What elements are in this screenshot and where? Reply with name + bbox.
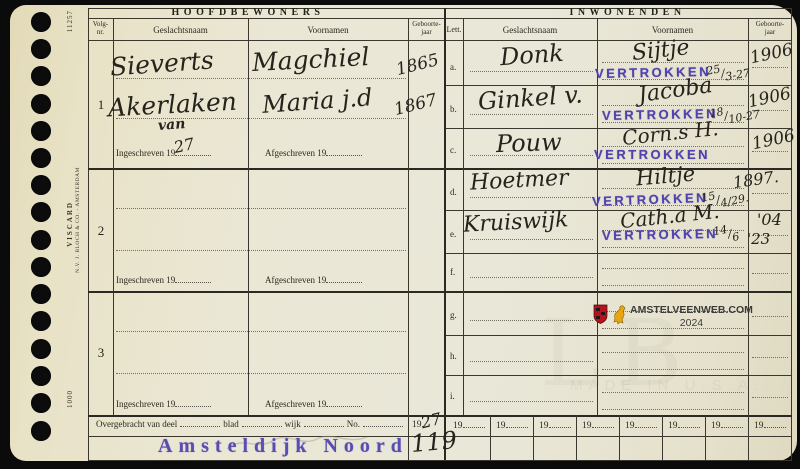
resident-birthyear: 1867 xyxy=(393,92,439,119)
punch-hole xyxy=(31,175,51,195)
year-cell: 19 xyxy=(582,418,614,431)
date-month-year: 6 xyxy=(731,230,740,244)
afgeschreven-text: Afgeschreven 19 xyxy=(265,399,326,409)
punch-hole xyxy=(31,393,51,413)
lodger-surname: Pouw xyxy=(496,130,562,156)
wijk-label: wijk xyxy=(285,419,301,429)
row-letter-i: i. xyxy=(450,391,455,401)
dotted-line xyxy=(470,277,593,278)
dotted-line xyxy=(116,331,406,332)
watermark-site: AMSTELVEENWEB.COM xyxy=(630,304,753,317)
card-maker-imprint: N.V. J. BLOCH & CO. - AMSTERDAM xyxy=(75,167,81,273)
dotted-line xyxy=(752,316,788,317)
dotted-line xyxy=(602,268,744,269)
lodger-birthyear: 1906 xyxy=(749,42,795,68)
dotted-line xyxy=(470,71,593,72)
row-letter-a: a. xyxy=(450,62,456,72)
afgeschreven-label: Afgeschreven 19 xyxy=(265,146,362,158)
row-letter-f: f. xyxy=(450,267,455,277)
rule-line xyxy=(88,18,792,19)
row-letter-h: h. xyxy=(450,351,457,361)
registration-card: 11257 1000 VISCARD N.V. J. BLOCH & CO. -… xyxy=(10,5,797,461)
ingeschreven-text: Ingeschreven 19 xyxy=(116,275,175,285)
punch-hole xyxy=(31,311,51,331)
year-cell: 19 xyxy=(496,418,528,431)
col-header-volgnr-line2: nr. xyxy=(97,28,104,36)
lodger-birthyear: 1906 xyxy=(747,86,793,112)
dotted-line xyxy=(470,239,593,240)
dotted-line xyxy=(752,357,788,358)
punch-hole xyxy=(31,39,51,59)
afgeschreven-text: Afgeschreven 19 xyxy=(265,148,326,158)
ingeschreven-label: Ingeschreven 19 xyxy=(116,146,211,158)
year-cell: 19 xyxy=(625,418,657,431)
dotted-line xyxy=(470,401,593,402)
punch-hole xyxy=(31,12,51,32)
punch-hole xyxy=(31,66,51,86)
row-separator xyxy=(445,253,792,254)
lodger-birthyear: 1906 xyxy=(751,128,797,154)
dotted-leader xyxy=(304,417,344,427)
row-separator xyxy=(445,335,792,336)
dotted-line xyxy=(602,369,744,370)
dotted-line xyxy=(752,273,788,274)
vertrokken-stamp: VERTROKKEN xyxy=(594,147,710,162)
punch-hole xyxy=(31,421,51,441)
col-header-volgnr: Volg- nr. xyxy=(88,21,113,36)
col-header-birthyear-line2: jaar xyxy=(421,28,432,36)
lodger-surname: Ginkel v. xyxy=(477,82,583,113)
dotted-leader xyxy=(180,417,220,427)
dotted-line xyxy=(470,197,593,198)
street-stamp: Amsteldijk Noord xyxy=(138,435,428,458)
lodger-firstnames: Sijtje xyxy=(631,37,691,65)
year-cell: 19 xyxy=(668,418,700,431)
punch-hole xyxy=(31,148,51,168)
lodger-surname: Kruiswijk xyxy=(462,209,568,236)
year-cell-divider xyxy=(619,415,620,460)
col-header-birthyear-left: Geboorte- jaar xyxy=(408,21,445,36)
transfer-label: Overgebracht van deel xyxy=(96,419,177,429)
dotted-line xyxy=(752,193,788,194)
departure-date: 25/3-27 xyxy=(706,58,751,85)
resident-firstnames: Maria j.d xyxy=(261,85,373,117)
lodger-surname: Hoetmer xyxy=(469,167,569,194)
block-number-2: 2 xyxy=(91,223,111,239)
col-header-lett: Lett. xyxy=(444,26,464,35)
row-letter-b: b. xyxy=(450,104,457,114)
rule-line xyxy=(88,8,89,460)
year-cell-divider xyxy=(533,415,534,460)
vertrokken-stamp: VERTROKKEN xyxy=(602,226,718,243)
resident-surname-prefix: van xyxy=(158,117,186,133)
no-label: No. xyxy=(347,419,360,429)
dotted-line xyxy=(116,250,406,251)
dotted-line xyxy=(470,361,593,362)
punch-hole xyxy=(31,121,51,141)
site-watermark: AMSTELVEENWEB.COM 2024 xyxy=(593,304,753,329)
col-header-firstnames-right: Voornamen xyxy=(597,26,748,36)
resident-surname: Akerlaken xyxy=(107,89,237,121)
departure-date: 14/6 xyxy=(712,222,740,246)
punch-hole xyxy=(31,94,51,114)
shield-icon xyxy=(593,304,608,324)
dotted-line xyxy=(602,285,744,286)
card-serial-number: 11257 xyxy=(66,10,74,32)
lodger-firstnames: Hiltje xyxy=(635,163,696,189)
punch-hole xyxy=(31,339,51,359)
year-prefix: 19 xyxy=(754,421,764,431)
dotted-leader xyxy=(242,417,282,427)
hoofdbewoners-title: HOOFDBEWONERS xyxy=(88,7,408,18)
dotted-line xyxy=(602,247,744,248)
col-header-birthyear-right: Geboorte- jaar xyxy=(748,21,792,36)
card-brand-viscard: VISCARD xyxy=(66,201,74,247)
inwonenden-title: INWONENDEN xyxy=(463,7,792,18)
col-header-surname-right: Geslachtsnaam xyxy=(463,26,597,36)
block-number-3: 3 xyxy=(91,345,111,361)
year-prefix: 19 xyxy=(582,421,592,431)
year-prefix: 19 xyxy=(625,421,635,431)
resident-firstnames: Magchiel xyxy=(251,44,370,75)
scanned-card-page: 11257 1000 VISCARD N.V. J. BLOCH & CO. -… xyxy=(0,0,800,469)
date-day: 14 xyxy=(712,223,728,238)
lodger-departure-year: '23 xyxy=(747,232,770,247)
dotted-line xyxy=(602,409,744,410)
dotted-line xyxy=(470,320,593,321)
col-header-firstnames-left: Voornamen xyxy=(248,26,408,36)
year-prefix: 19 xyxy=(496,421,506,431)
resident-birthyear: 1865 xyxy=(395,52,441,79)
dotted-line xyxy=(116,208,406,209)
year-prefix: 19 xyxy=(711,421,721,431)
row-letter-e: e. xyxy=(450,229,456,239)
row-letter-g: g. xyxy=(450,310,457,320)
year-cell-divider xyxy=(490,415,491,460)
rule-line xyxy=(88,460,792,461)
lodger-surname: Donk xyxy=(499,41,564,69)
column-divider xyxy=(408,18,409,460)
punch-hole xyxy=(31,366,51,386)
transfer-row: Overgebracht van deel blad wijk No. xyxy=(96,417,406,429)
card-stock-number: 1000 xyxy=(66,390,74,408)
col-header-birthyear-line2: jaar xyxy=(765,28,776,36)
year-cell: 19 xyxy=(539,418,571,431)
row-letter-d: d. xyxy=(450,187,457,197)
row-separator xyxy=(445,128,792,129)
punch-hole xyxy=(31,202,51,222)
date-month-year: 4/29. xyxy=(719,191,749,210)
ingeschreven-label: Ingeschreven 19 xyxy=(116,397,211,409)
lodger-birthyear: 1897. xyxy=(732,169,780,191)
punch-hole xyxy=(31,257,51,277)
ingeschreven-text: Ingeschreven 19 xyxy=(116,399,175,409)
block-separator xyxy=(88,291,792,293)
watermark-year: 2024 xyxy=(630,317,753,330)
year-prefix: 19 xyxy=(539,421,549,431)
ingeschreven-text: Ingeschreven 19 xyxy=(116,148,175,158)
row-separator xyxy=(445,375,792,376)
row-letter-c: c. xyxy=(450,145,456,155)
ingeschreven-label: Ingeschreven 19 xyxy=(116,273,211,285)
house-number: 119 xyxy=(410,428,458,456)
year-cell: 19 xyxy=(711,418,743,431)
year-cell: 19 xyxy=(754,418,786,431)
blad-label: blad xyxy=(223,419,239,429)
year-prefix: 19 xyxy=(668,421,678,431)
dotted-line xyxy=(602,392,744,393)
lion-icon xyxy=(611,304,627,326)
afgeschreven-label: Afgeschreven 19 xyxy=(265,397,362,409)
lodger-birthyear: '04 xyxy=(757,212,782,228)
year-cell-divider xyxy=(576,415,577,460)
dotted-line xyxy=(116,373,406,374)
year-cell-divider xyxy=(705,415,706,460)
ingeschreven-year-written: 27 xyxy=(173,136,196,156)
year-cell-divider xyxy=(662,415,663,460)
resident-surname: Sieverts xyxy=(109,47,214,79)
afgeschreven-label: Afgeschreven 19 xyxy=(265,273,362,285)
dotted-line xyxy=(602,352,744,353)
dotted-line xyxy=(752,397,788,398)
afgeschreven-text: Afgeschreven 19 xyxy=(265,275,326,285)
dotted-leader xyxy=(363,417,403,427)
col-header-surname-left: Geslachtsnaam xyxy=(113,26,248,36)
year-cell: 19 xyxy=(453,418,485,431)
punch-hole xyxy=(31,284,51,304)
watermark-text: AMSTELVEENWEB.COM 2024 xyxy=(630,304,753,329)
table-divider xyxy=(444,8,446,460)
punch-hole xyxy=(31,230,51,250)
rule-line xyxy=(791,8,792,460)
